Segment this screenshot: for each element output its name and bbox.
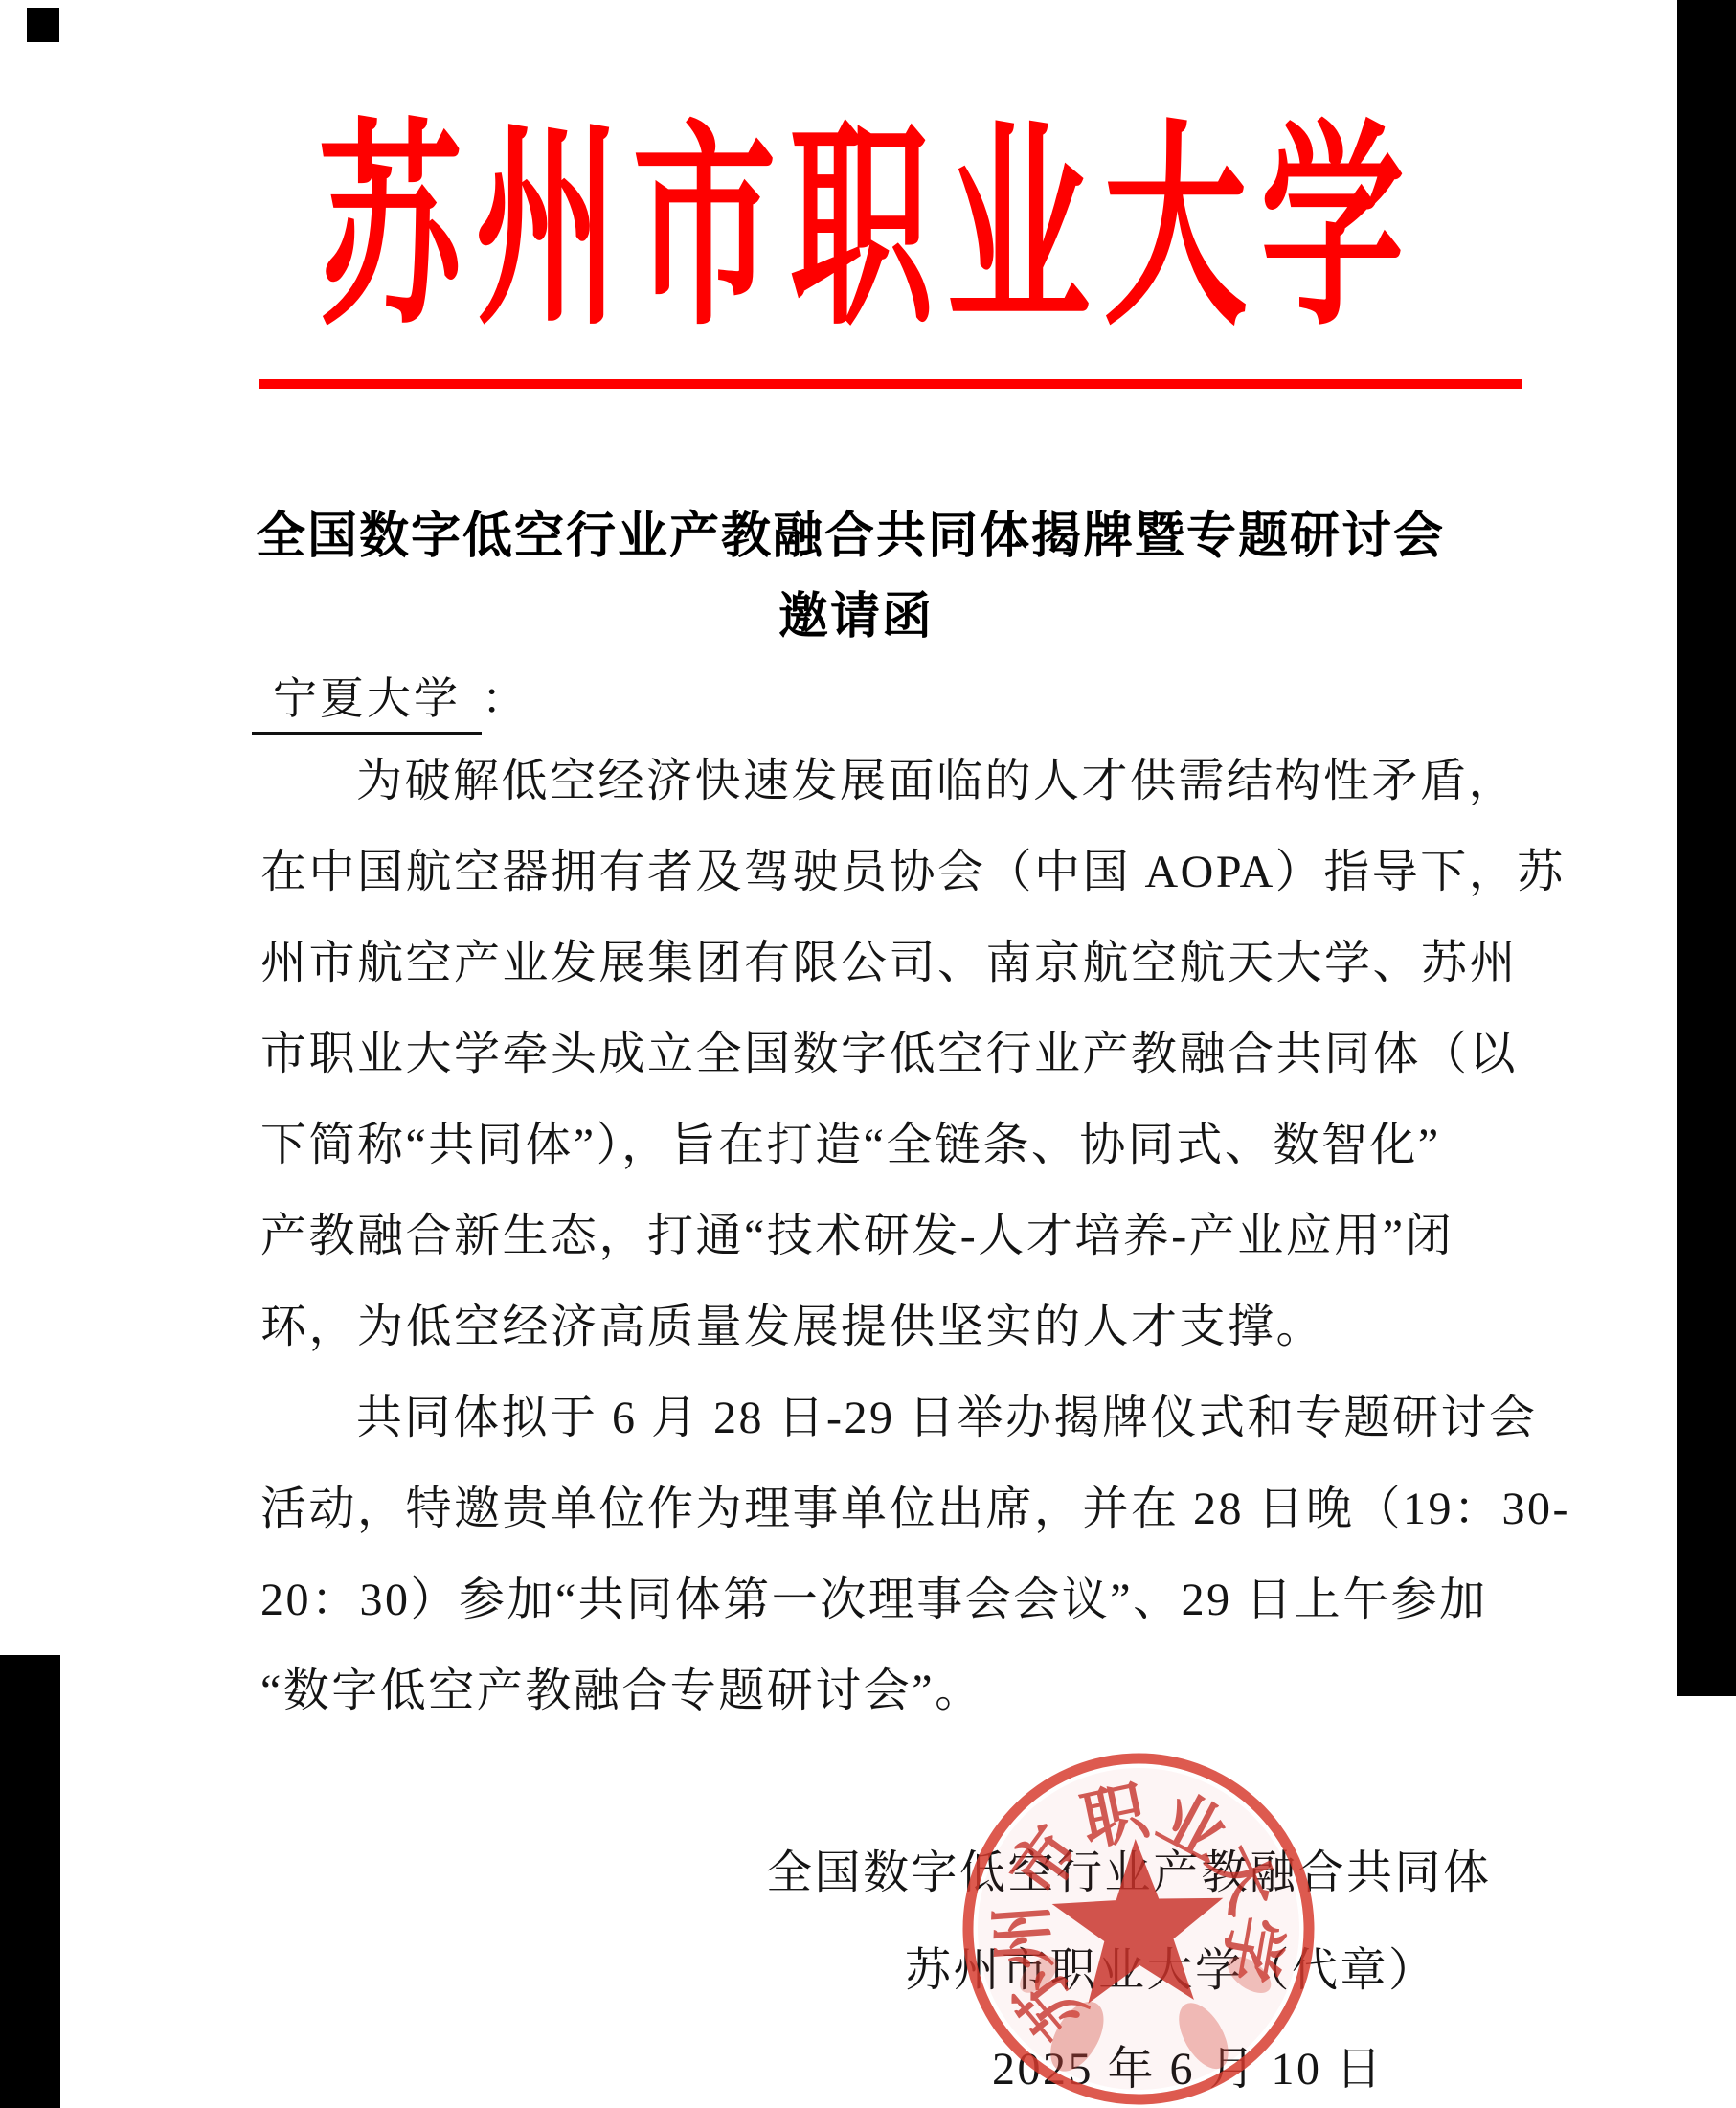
signature-line: 2025 年 6 月 10 日 — [992, 2024, 1385, 2108]
body-line: 活动，特邀贵单位作为理事单位出席，并在 28 日晚（19：30- — [260, 1463, 1570, 1554]
document-title-line2: 邀请函 — [778, 585, 934, 650]
salutation-colon: ： — [482, 674, 529, 723]
body-line: 州市航空产业发展集团有限公司、南京航空航天大学、苏州 — [260, 918, 1518, 1009]
body-line: 产教融合新生态，打通“技术研发-人才培养-产业应用”闭 — [260, 1190, 1454, 1281]
document-page: 苏州市职业大学 全国数字低空行业产教融合共同体揭牌暨专题研讨会 邀请函 宁夏大学… — [0, 0, 1736, 2108]
body-line: 20：30）参加“共同体第一次理事会会议”、29 日上午参加 — [260, 1554, 1488, 1645]
body-line: “数字低空产教融合专题研讨会”。 — [260, 1645, 983, 1736]
body-line: 下简称“共同体”），旨在打造“全链条、协同式、数智化” — [260, 1099, 1441, 1190]
body-line: 在中国航空器拥有者及驾驶员协会（中国 AOPA）指导下，苏 — [260, 827, 1566, 918]
scan-artifact-left-bar — [0, 1655, 60, 2108]
body-line: 为破解低空经济快速发展面临的人才供需结构性矛盾， — [356, 736, 1517, 827]
body-line: 市职业大学牵头成立全国数字低空行业产教融合共同体（以 — [260, 1009, 1518, 1099]
body-line: 环，为低空经济高质量发展提供坚实的人才支撑。 — [260, 1281, 1324, 1372]
letterhead-divider-rule — [259, 379, 1522, 389]
signature-line: 全国数字低空行业产教融合共同体 — [766, 1827, 1492, 1918]
salutation: 宁夏大学： — [252, 670, 529, 728]
body-line: 共同体拟于 6 月 28 日-29 日举办揭牌仪式和专题研讨会 — [356, 1372, 1538, 1463]
signature-line: 苏州市职业大学（代章） — [905, 1925, 1437, 2016]
document-title-line1: 全国数字低空行业产教融合共同体揭牌暨专题研讨会 — [256, 505, 1445, 570]
recipient-name: 宁夏大学 — [252, 670, 482, 735]
letterhead-org-name: 苏州市职业大学 — [0, 0, 1736, 474]
